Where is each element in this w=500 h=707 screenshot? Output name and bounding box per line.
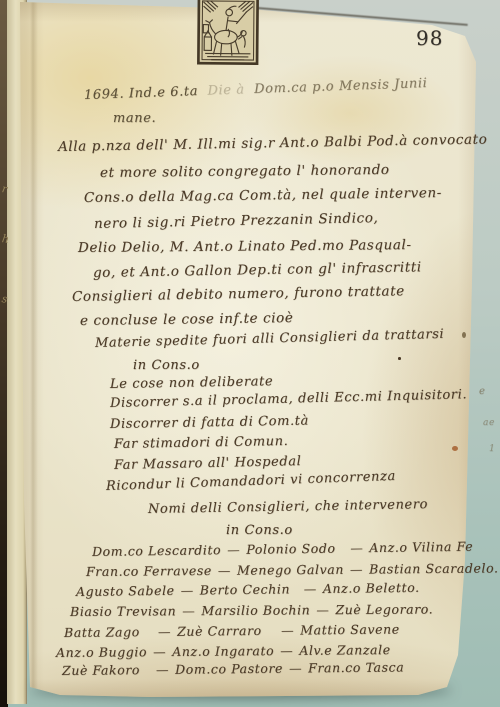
dash-separator: — — [182, 603, 195, 618]
body-line-8: e concluse le cose inf.te cioè — [80, 310, 294, 329]
attendee-name: Marsilio Bochin — [201, 602, 310, 618]
attendee-name: Dom.co Lescardito — [92, 542, 221, 559]
dash-separator: — — [156, 662, 169, 677]
right-margin-bleedthrough-text: e — [479, 386, 486, 397]
right-margin-bleedthrough-text: 1 — [489, 444, 495, 454]
attendee-name: Dom.co Pastore — [175, 661, 283, 677]
agenda-item-4: Far stimadori di Comun. — [114, 434, 289, 452]
attendee-name: Zuè Carraro — [177, 623, 275, 639]
dash-separator: — — [153, 644, 166, 659]
rust-stain-spot — [452, 446, 458, 451]
attendee-name: Batta Zago — [64, 624, 152, 640]
dash-separator: — — [304, 581, 317, 596]
attendee-name: Polonio Sodo — [246, 540, 344, 556]
dash-separator: — — [281, 623, 294, 638]
attendee-name: Zuè Fakoro — [62, 662, 150, 678]
attendee-name: Zuè Legoraro. — [335, 601, 433, 617]
attendee-name: Anz.o Vilina Fe — [369, 539, 473, 555]
dash-separator: — — [289, 660, 302, 675]
dash-separator: — — [350, 562, 363, 577]
dash-separator: — — [280, 643, 293, 658]
attendee-name: Anz.o Beletto. — [323, 580, 420, 596]
attendee-name: Anz.o Ingarato — [172, 643, 274, 659]
attendee-name: Biasio Trevisan — [70, 603, 176, 619]
attendee-name: Fran.co Ferravese — [86, 563, 212, 579]
dash-separator: — — [316, 602, 329, 617]
dash-separator: — — [218, 563, 231, 578]
agenda-title-line-2: in Cons.o — [133, 358, 200, 373]
attendee-name: Alv.e Zanzale — [299, 642, 391, 658]
horseman-stamp-icon — [197, 0, 260, 66]
dash-separator: — — [181, 583, 194, 598]
right-margin-bleedthrough-text: ae — [483, 418, 495, 428]
attendees-title-line-2: in Cons.o — [226, 523, 293, 538]
dash-separator: — — [350, 540, 363, 555]
body-line-2: et more solito congregato l' honorando — [100, 162, 390, 181]
ink-speck — [462, 332, 466, 338]
dash-separator: — — [158, 624, 171, 639]
agenda-item-1: Le cose non deliberate — [110, 374, 273, 392]
date-heading-line-2: mane. — [113, 111, 156, 126]
attendee-row: Biasio Trevisan—Marsilio Bochin—Zuè Lego… — [70, 601, 433, 619]
attendee-row: Anz.o Buggio—Anz.o Ingarato—Alv.e Zanzal… — [56, 642, 391, 660]
attendee-name: Anz.o Buggio — [56, 644, 147, 660]
attendee-name: Mattio Savene — [300, 621, 400, 637]
date-faded-part: Die à — [207, 82, 245, 98]
ink-dot — [398, 357, 401, 360]
dash-separator: — — [227, 542, 240, 557]
attendee-name: Fran.co Tasca — [308, 659, 404, 675]
attendee-name: Agusto Sabele — [76, 583, 175, 599]
attendee-name: Menego Galvan — [237, 562, 344, 578]
attendee-name: Berto Cechin — [200, 581, 298, 597]
attendee-name: Bastian Scaradelo. — [369, 560, 499, 576]
scanned-manuscript-photo: 98 1694. Ind.e 6.ta Die à Dom.ca p.o Men… — [0, 0, 500, 707]
body-line-5: Delio Delio, M. Ant.o Linato Ped.mo Pasq… — [78, 237, 412, 256]
page-number: 98 — [416, 26, 443, 50]
